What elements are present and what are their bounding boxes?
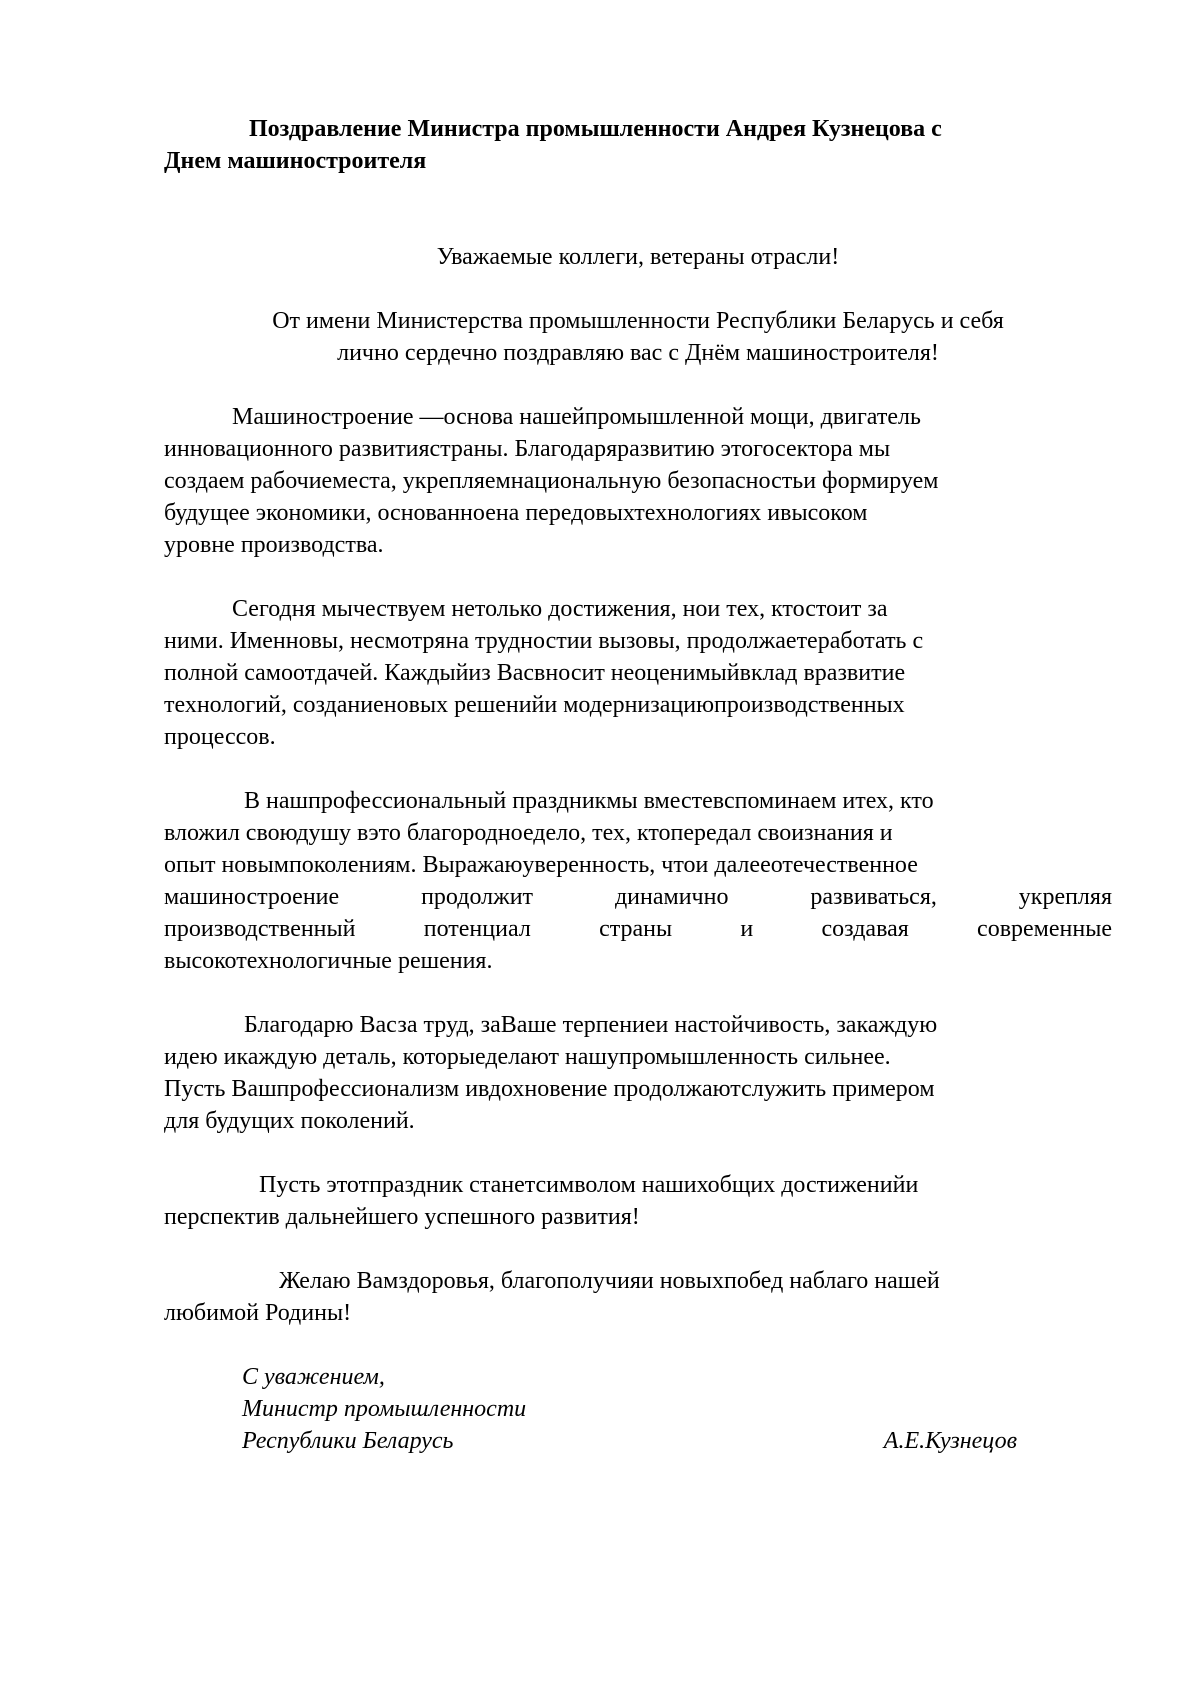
paragraph-line: высокотехнологичные решения. (164, 945, 1112, 977)
paragraph-line: для будущих поколений. (164, 1105, 1112, 1137)
paragraph-line: полной самоотдачей. Каждыйиз Васвносит н… (164, 657, 1112, 689)
paragraph-line: Пусть этотпраздник станетсимволом нашихо… (164, 1169, 1112, 1201)
document-title: Поздравление Министра промышленности Анд… (164, 113, 1112, 177)
body-paragraph: Машиностроение —основа нашейпромышленной… (164, 401, 1112, 561)
paragraph-line: Пусть Вашпрофессионализм ивдохновение пр… (164, 1073, 1112, 1105)
paragraph-line: Сегодня мычествуем нетолько достижения, … (164, 593, 1112, 625)
paragraph-line: От имени Министерства промышленности Рес… (164, 305, 1112, 337)
paragraph-line: уровне производства. (164, 529, 1112, 561)
document-page: Поздравление Министра промышленности Анд… (0, 0, 1190, 1684)
title-line: Поздравление Министра промышленности Анд… (164, 113, 1112, 145)
paragraph-line: ними. Именновы, несмотряна трудностии вы… (164, 625, 1112, 657)
paragraph-line: В нашпрофессиональный праздникмы вместев… (164, 785, 1112, 817)
paragraph-line: процессов. (164, 721, 1112, 753)
paragraph-line: вложил своюдушу вэто благородноедело, те… (164, 817, 1112, 849)
salutation-paragraph: Уважаемые коллеги, ветераны отрасли! (164, 241, 1112, 273)
signature-position-line: Республики Беларусь (242, 1425, 453, 1457)
paragraph-line: Благодарю Васза труд, заВаше терпениеи н… (164, 1009, 1112, 1041)
paragraph-line: Уважаемые коллеги, ветераны отрасли! (164, 241, 1112, 273)
body-paragraph: Желаю Вамздоровья, благополучияи новыхпо… (164, 1265, 1112, 1329)
paragraph-line: инновационного развитиястраны. Благодаря… (164, 433, 1112, 465)
signature-block: С уважением,Министр промышленностиРеспуб… (164, 1361, 1112, 1457)
paragraph-line: будущее экономики, основанноена передовы… (164, 497, 1112, 529)
title-line: Днем машиностроителя (164, 145, 1112, 177)
intro-paragraph: От имени Министерства промышленности Рес… (164, 305, 1112, 369)
paragraph-line: создаем рабочиеместа, укрепляемнациональ… (164, 465, 1112, 497)
body-paragraph: Благодарю Васза труд, заВаше терпениеи н… (164, 1009, 1112, 1137)
paragraph-line: технологий, созданиеновых решенийи модер… (164, 689, 1112, 721)
body-paragraph: Пусть этотпраздник станетсимволом нашихо… (164, 1169, 1112, 1233)
paragraph-line: любимой Родины! (164, 1297, 1112, 1329)
signature-name: А.Е.Кузнецов (884, 1425, 1017, 1457)
paragraph-line: Желаю Вамздоровья, благополучияи новыхпо… (164, 1265, 1112, 1297)
paragraph-line: опыт новымпоколениям. Выражаюуверенность… (164, 849, 1112, 881)
body-paragraph: В нашпрофессиональный праздникмы вместев… (164, 785, 1112, 977)
paragraph-line: производственный потенциал страны и созд… (164, 913, 1112, 945)
body-paragraph: Сегодня мычествуем нетолько достижения, … (164, 593, 1112, 753)
signature-row: Республики БеларусьА.Е.Кузнецов (242, 1425, 1112, 1457)
paragraph-line: лично сердечно поздравляю вас с Днём маш… (164, 337, 1112, 369)
signature-position-line: Министр промышленности (242, 1393, 1112, 1425)
signature-closing: С уважением, (242, 1361, 1112, 1393)
paragraph-line: перспектив дальнейшего успешного развити… (164, 1201, 1112, 1233)
paragraph-line: Машиностроение —основа нашейпромышленной… (164, 401, 1112, 433)
paragraph-line: машиностроение продолжит динамично разви… (164, 881, 1112, 913)
paragraph-line: идею икаждую деталь, которыеделают нашуп… (164, 1041, 1112, 1073)
